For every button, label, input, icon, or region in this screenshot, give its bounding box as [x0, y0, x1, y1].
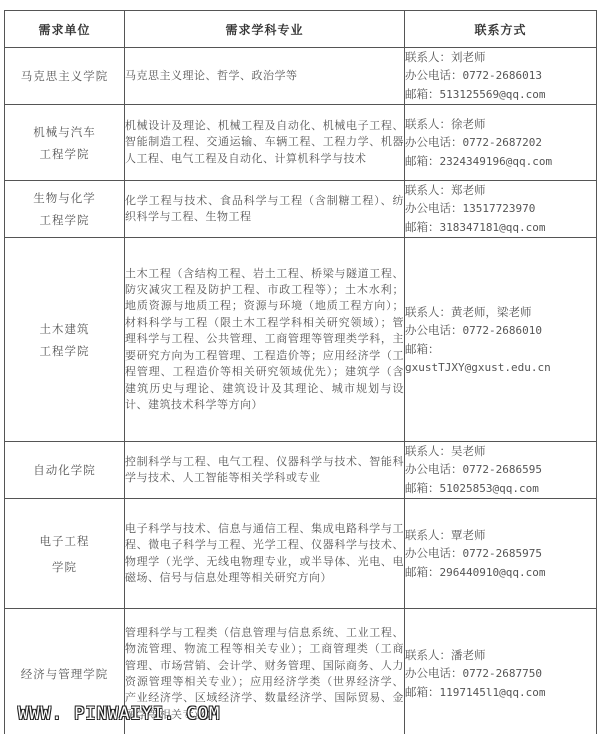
contact-cell: 联系人：黄老师，梁老师 办公电话：0772-2686010 邮箱： gxustT…	[405, 238, 597, 442]
subjects-cell: 土木工程（含结构工程、岩土工程、桥梁与隧道工程、防灾减灾工程及防护工程、市政工程…	[125, 238, 405, 442]
contact-cell: 联系人：吴老师 办公电话：0772-2686595 邮箱：51025853@qq…	[405, 442, 597, 499]
contact-person: 联系人：覃老师	[405, 526, 596, 544]
contact-cell: 联系人：覃老师 办公电话：0772-2685975 邮箱：296440910@q…	[405, 499, 597, 609]
recruitment-table: 需求单位 需求学科专业 联系方式 马克思主义学院 马克思主义理论、哲学、政治学等…	[4, 10, 597, 734]
unit-name: 自动化学院	[5, 459, 124, 481]
email: 邮箱：296440910@qq.com	[405, 563, 596, 582]
office-phone: 办公电话：0772-2685975	[405, 544, 596, 563]
office-phone: 办公电话：0772-2686013	[405, 66, 596, 85]
unit-name: 马克思主义学院	[5, 65, 124, 87]
header-unit: 需求单位	[5, 11, 125, 48]
contact-person: 联系人：黄老师，梁老师	[405, 303, 596, 321]
email: gxustTJXY@gxust.edu.cn	[405, 358, 596, 377]
subjects-cell: 马克思主义理论、哲学、政治学等	[125, 48, 405, 105]
unit-name-line: 机械与汽车	[5, 121, 124, 143]
email: 邮箱：2324349196@qq.com	[405, 152, 596, 171]
unit-name-line: 学院	[5, 554, 124, 580]
contact-cell: 联系人：潘老师 办公电话：0772-2687750 邮箱：1197145l1@q…	[405, 609, 597, 734]
unit-cell: 电子工程 学院	[5, 499, 125, 609]
contact-cell: 联系人：郑老师 办公电话：13517723970 邮箱：318347181@qq…	[405, 181, 597, 238]
contact-person: 联系人：郑老师	[405, 181, 596, 199]
unit-cell: 马克思主义学院	[5, 48, 125, 105]
email-label: 邮箱：	[405, 340, 596, 358]
table-row: 土木建筑 工程学院 土木工程（含结构工程、岩土工程、桥梁与隧道工程、防灾减灾工程…	[5, 238, 597, 442]
header-contact: 联系方式	[405, 11, 597, 48]
subjects-cell: 电子科学与技术、信息与通信工程、集成电路科学与工程、微电子科学与工程、光学工程、…	[125, 499, 405, 609]
unit-cell: 机械与汽车 工程学院	[5, 105, 125, 181]
contact-cell: 联系人：刘老师 办公电话：0772-2686013 邮箱：513125569@q…	[405, 48, 597, 105]
unit-cell: 土木建筑 工程学院	[5, 238, 125, 442]
table-header-row: 需求单位 需求学科专业 联系方式	[5, 11, 597, 48]
unit-name-line: 生物与化学	[5, 187, 124, 209]
table-row: 自动化学院 控制科学与工程、电气工程、仪器科学与技术、智能科学与技术、人工智能等…	[5, 442, 597, 499]
unit-cell: 自动化学院	[5, 442, 125, 499]
contact-cell: 联系人：徐老师 办公电话：0772-2687202 邮箱：2324349196@…	[405, 105, 597, 181]
office-phone: 办公电话：0772-2686010	[405, 321, 596, 340]
contact-person: 联系人：吴老师	[405, 442, 596, 460]
contact-person: 联系人：潘老师	[405, 646, 596, 664]
table-row: 机械与汽车 工程学院 机械设计及理论、机械工程及自动化、机械电子工程、智能制造工…	[5, 105, 597, 181]
header-subjects: 需求学科专业	[125, 11, 405, 48]
unit-name-line: 电子工程	[5, 528, 124, 554]
subjects-cell: 控制科学与工程、电气工程、仪器科学与技术、智能科学与技术、人工智能等相关学科或专…	[125, 442, 405, 499]
office-phone: 办公电话：0772-2687202	[405, 133, 596, 152]
office-phone: 办公电话：0772-2687750	[405, 664, 596, 683]
subjects-cell: 化学工程与技术、食品科学与工程（含制糖工程）、纺织科学与工程、生物工程	[125, 181, 405, 238]
office-phone: 办公电话：13517723970	[405, 199, 596, 218]
unit-name: 经济与管理学院	[5, 663, 124, 685]
contact-person: 联系人：刘老师	[405, 48, 596, 66]
subjects-cell: 机械设计及理论、机械工程及自动化、机械电子工程、智能制造工程、交通运输、车辆工程…	[125, 105, 405, 181]
email: 邮箱：318347181@qq.com	[405, 218, 596, 237]
table-row: 生物与化学 工程学院 化学工程与技术、食品科学与工程（含制糖工程）、纺织科学与工…	[5, 181, 597, 238]
email: 邮箱：51025853@qq.com	[405, 479, 596, 498]
unit-name-line: 工程学院	[5, 340, 124, 362]
email: 邮箱：1197145l1@qq.com	[405, 683, 596, 702]
contact-person: 联系人：徐老师	[405, 115, 596, 133]
table-row: 马克思主义学院 马克思主义理论、哲学、政治学等 联系人：刘老师 办公电话：077…	[5, 48, 597, 105]
site-watermark: WWW. PINWAIYI. COM	[18, 704, 220, 724]
unit-name-line: 工程学院	[5, 143, 124, 165]
unit-name-line: 工程学院	[5, 209, 124, 231]
office-phone: 办公电话：0772-2686595	[405, 460, 596, 479]
unit-cell: 生物与化学 工程学院	[5, 181, 125, 238]
table-row: 电子工程 学院 电子科学与技术、信息与通信工程、集成电路科学与工程、微电子科学与…	[5, 499, 597, 609]
unit-name-line: 土木建筑	[5, 318, 124, 340]
email: 邮箱：513125569@qq.com	[405, 85, 596, 104]
